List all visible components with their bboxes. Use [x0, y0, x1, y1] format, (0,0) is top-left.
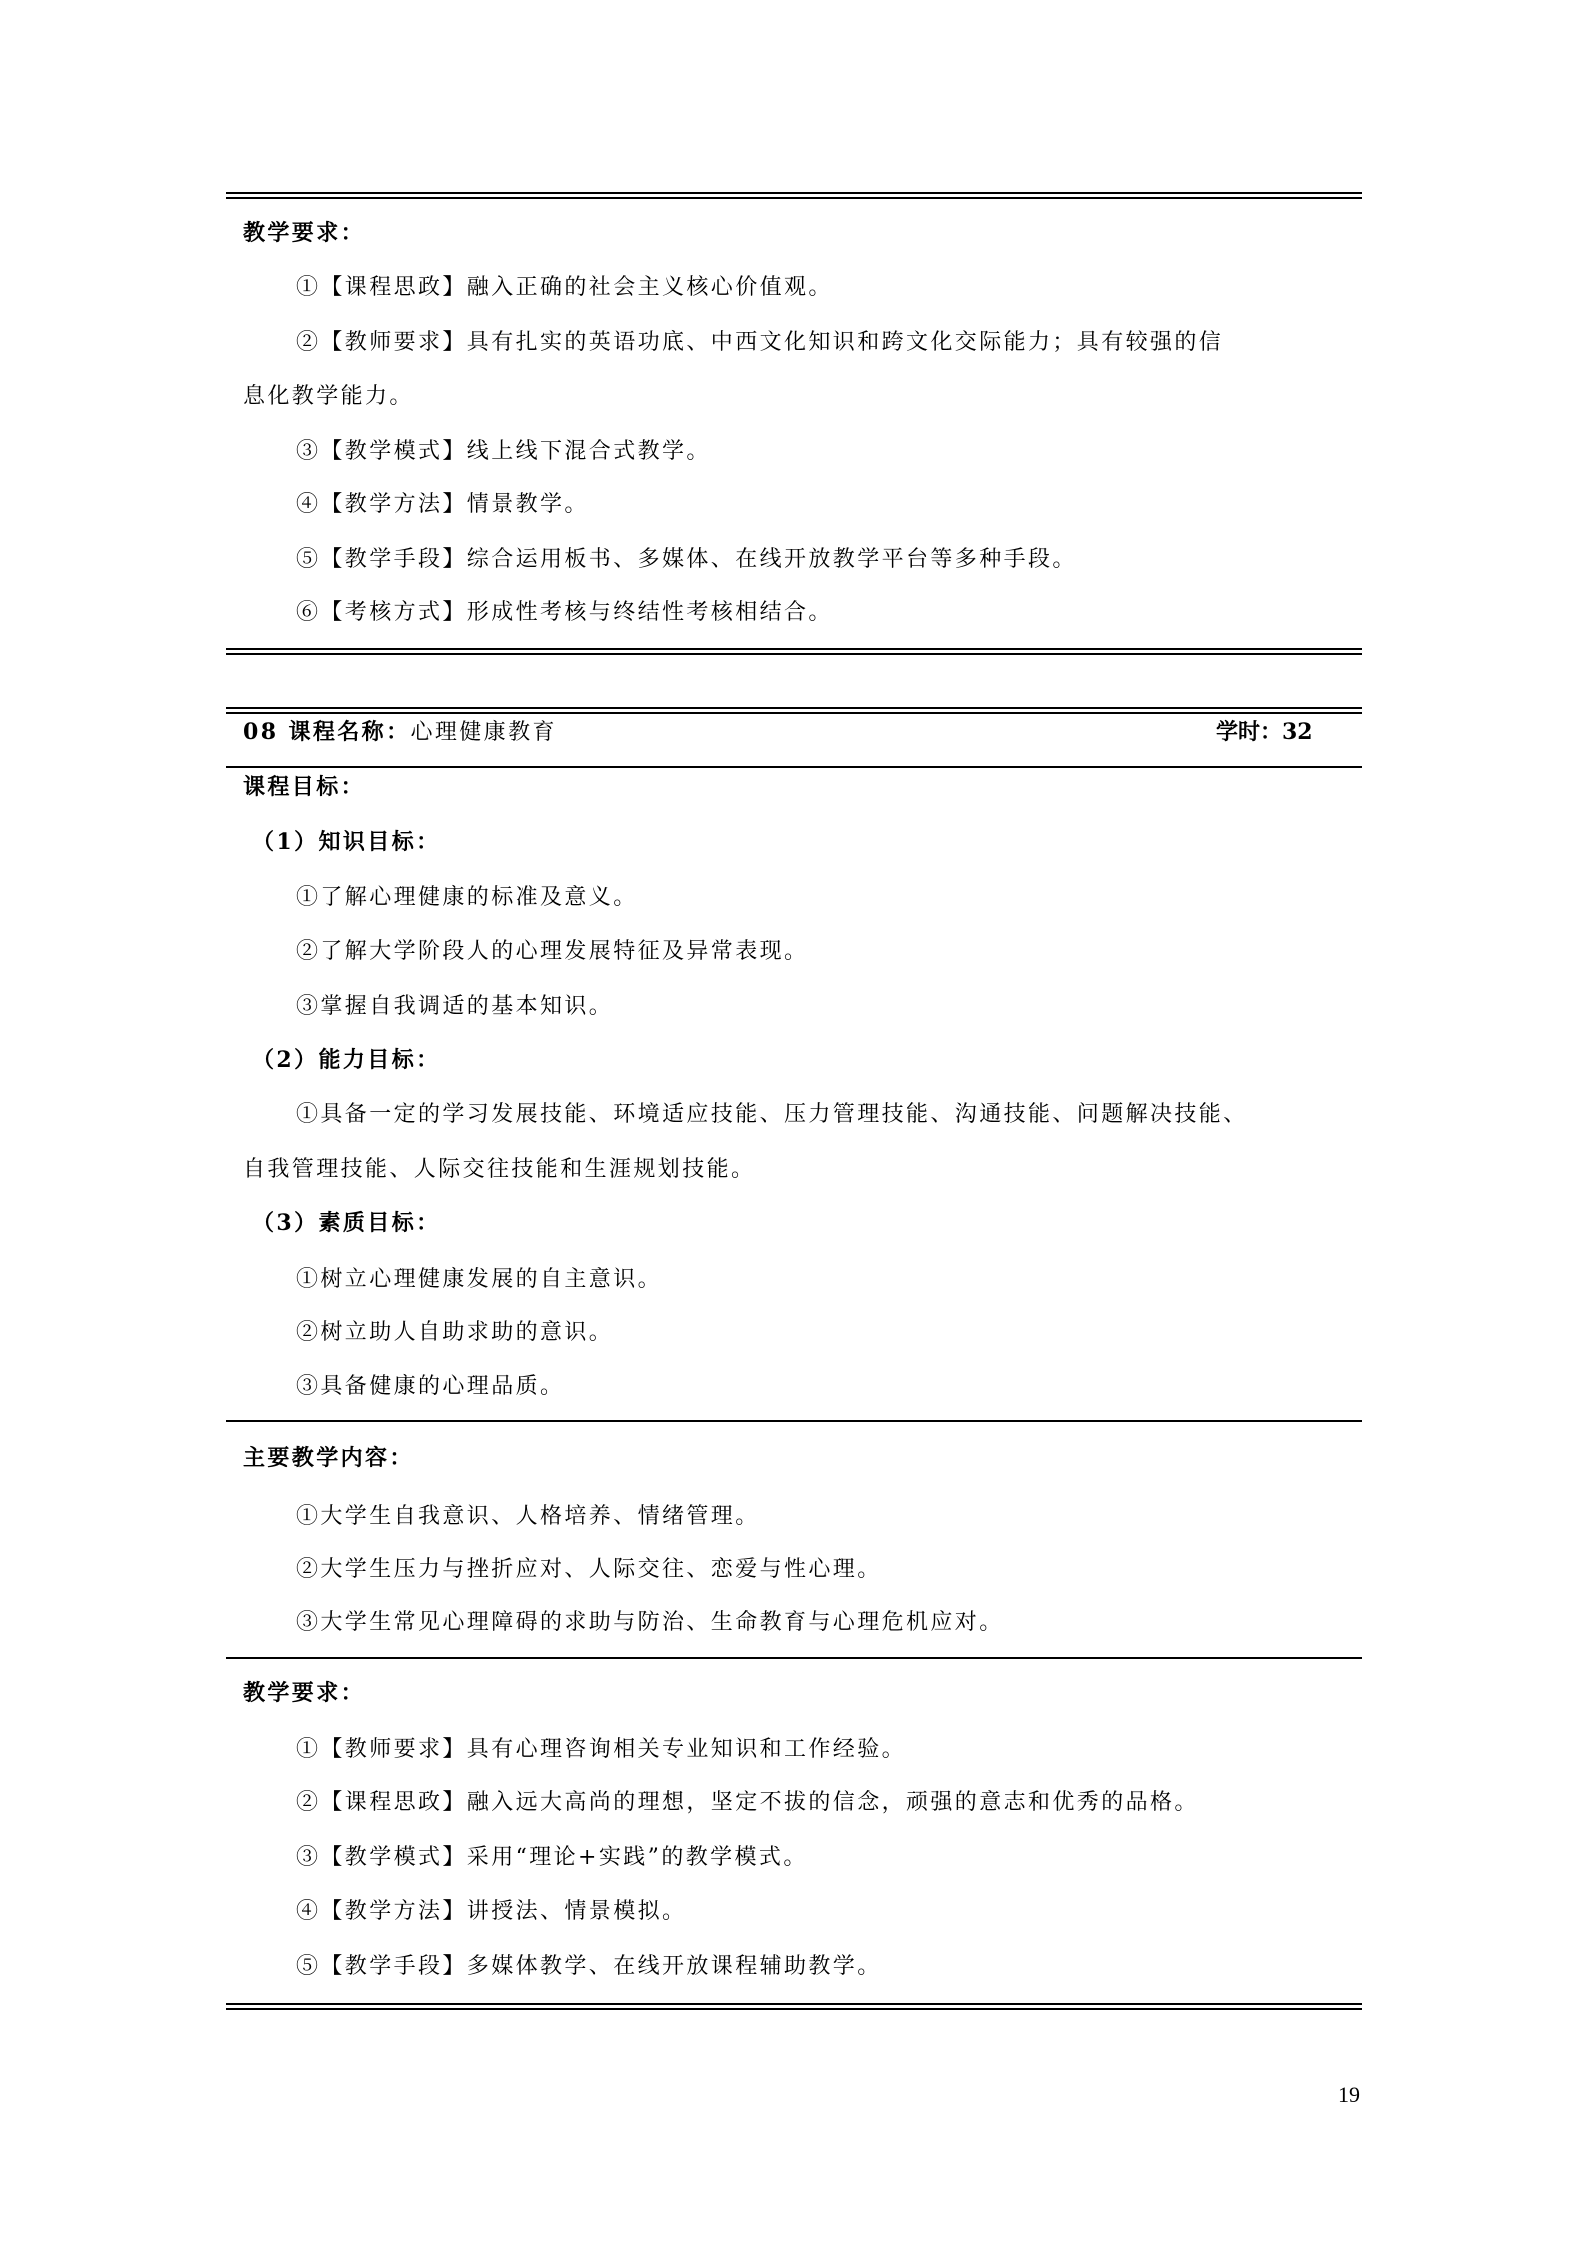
requirement-item-continuation: 息化教学能力。: [243, 382, 414, 412]
content-title: 主要教学内容：: [243, 1443, 414, 1473]
requirements-item: ④【教学方法】讲授法、情景模拟。: [296, 1897, 686, 1927]
section-title-teaching-requirements: 教学要求：: [243, 218, 365, 248]
knowledge-objectives-title: （1）知识目标：: [252, 827, 441, 857]
ability-item-continuation: 自我管理技能、人际交往技能和生涯规划技能。: [243, 1155, 755, 1185]
bottom-double-rule: [226, 2003, 1362, 2010]
course-name: 心理健康教育: [410, 720, 556, 745]
content-end-rule: [226, 1657, 1362, 1659]
requirements-item: ③【教学模式】采用“理论+实践”的教学模式。: [296, 1843, 808, 1873]
content-item: ①大学生自我意识、人格培养、情绪管理。: [296, 1502, 760, 1532]
requirement-item: ②【教师要求】具有扎实的英语功底、中西文化知识和跨文化交际能力；具有较强的信: [296, 328, 1223, 358]
requirements-item: ②【课程思政】融入远大高尚的理想，坚定不拔的信念，顽强的意志和优秀的品格。: [296, 1788, 1199, 1818]
quality-item: ②树立助人自助求助的意识。: [296, 1318, 613, 1348]
requirement-item: ③【教学模式】线上线下混合式教学。: [296, 437, 711, 467]
requirements-item: ⑤【教学手段】多媒体教学、在线开放课程辅助教学。: [296, 1952, 882, 1982]
requirement-item: ⑥【考核方式】形成性考核与终结性考核相结合。: [296, 598, 833, 628]
requirement-item: ①【课程思政】融入正确的社会主义核心价值观。: [296, 273, 833, 303]
course-header-double-rule: [226, 707, 1362, 714]
knowledge-item: ②了解大学阶段人的心理发展特征及异常表现。: [296, 937, 808, 967]
quality-item: ③具备健康的心理品质。: [296, 1372, 564, 1402]
requirements-item: ①【教师要求】具有心理咨询相关专业知识和工作经验。: [296, 1735, 906, 1765]
quality-objectives-title: （3）素质目标：: [252, 1208, 441, 1238]
course-number-label: 08 课程名称：: [243, 719, 410, 745]
content-item: ③大学生常见心理障碍的求助与防治、生命教育与心理危机应对。: [296, 1608, 1004, 1638]
course-hours: 学时：32: [1216, 717, 1313, 747]
knowledge-item: ③掌握自我调适的基本知识。: [296, 992, 613, 1022]
page-number: 19: [1338, 2082, 1360, 2108]
quality-item: ①树立心理健康发展的自主意识。: [296, 1265, 662, 1295]
top-double-rule: [226, 192, 1362, 199]
requirement-item: ⑤【教学手段】综合运用板书、多媒体、在线开放教学平台等多种手段。: [296, 545, 1077, 575]
section-end-double-rule: [226, 648, 1362, 655]
requirements-title: 教学要求：: [243, 1678, 365, 1708]
content-item: ②大学生压力与挫折应对、人际交往、恋爱与性心理。: [296, 1555, 882, 1585]
objectives-end-rule: [226, 1420, 1362, 1422]
ability-objectives-title: （2）能力目标：: [252, 1045, 441, 1075]
ability-item: ①具备一定的学习发展技能、环境适应技能、压力管理技能、沟通技能、问题解决技能、: [296, 1100, 1248, 1130]
course-header-rule: [226, 766, 1362, 768]
knowledge-item: ①了解心理健康的标准及意义。: [296, 883, 638, 913]
course-header: 08 课程名称：心理健康教育: [243, 717, 557, 748]
objectives-title: 课程目标：: [243, 772, 365, 802]
requirement-item: ④【教学方法】情景教学。: [296, 490, 589, 520]
